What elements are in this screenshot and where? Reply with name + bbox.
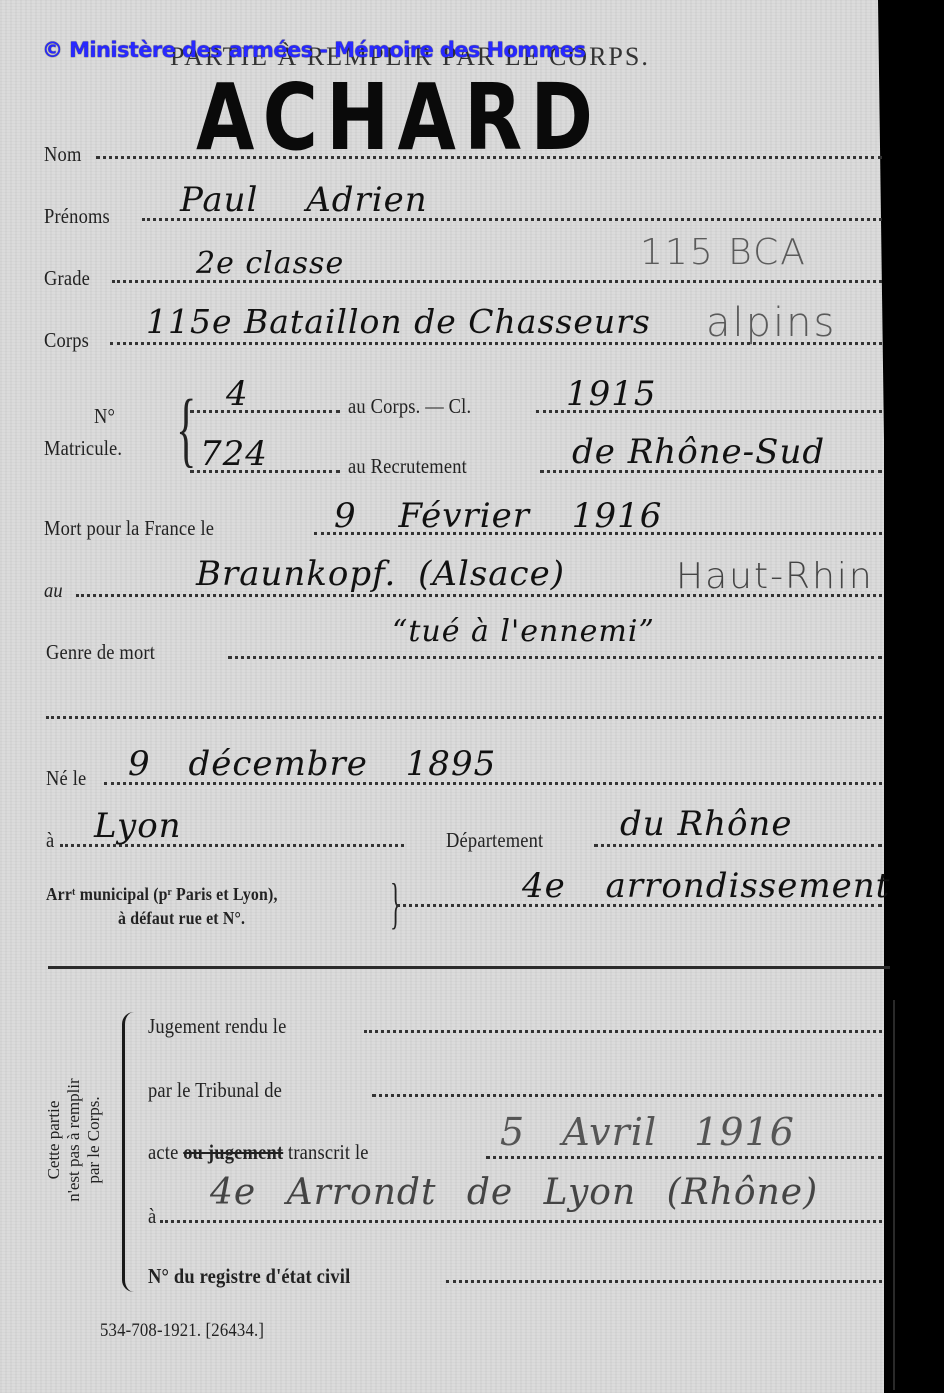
arrondissement-value: 4e arrondissement (522, 866, 890, 906)
lieu-mort-value: Braunkopf. (Alsace) (196, 554, 565, 594)
prenoms-value: Paul Adrien (180, 180, 428, 220)
naissance-label: Né le (46, 766, 86, 791)
transcrit-lieu-line (160, 1220, 882, 1223)
genre-mort-value: “tué à l'ennemi” (392, 614, 655, 649)
matricule-label-no: N° (94, 404, 115, 429)
lieu-naissance-value: Lyon (94, 806, 182, 846)
tribunal-line (372, 1094, 882, 1097)
copyright-watermark: © Ministère des armées - Mémoire des Hom… (42, 38, 585, 62)
registre-label: N° du registre d'état civil (148, 1264, 350, 1289)
side-note-line-3: par le Corps. (84, 1040, 104, 1240)
mort-label: Mort pour la France le (44, 516, 214, 541)
recrutement-place-value: de Rhône-Sud (572, 432, 825, 472)
prenoms-label: Prénoms (44, 204, 110, 229)
genre-mort-label: Genre de mort (46, 640, 155, 665)
jugement-line (364, 1030, 882, 1033)
grade-label: Grade (44, 266, 90, 291)
card-edge (893, 1000, 895, 1390)
transcrit-label-acte: acte (148, 1140, 178, 1164)
section-brace (122, 1012, 137, 1292)
transcrit-lieu-value: 4e Arrondt de Lyon (Rhône) (210, 1172, 818, 1213)
matricule-label: Matricule. (44, 436, 122, 461)
lieu-mort-label: au (44, 578, 63, 603)
genre-mort-line (228, 656, 882, 659)
mort-value: 9 Février 1916 (334, 496, 662, 536)
transcrit-line (486, 1156, 882, 1159)
genre-mort-line-2 (46, 716, 882, 719)
footer-code: 534-708-1921. [26434.] (100, 1320, 264, 1342)
side-note-line-2: n'est pas à remplir (64, 1040, 84, 1240)
registre-line (446, 1280, 882, 1283)
corps-annotation: alpins (706, 300, 836, 346)
side-note-line-1: Cette partie (44, 1040, 64, 1240)
nom-label: Nom (44, 142, 81, 167)
transcrit-label: acte ou jugement transcrit le (148, 1140, 369, 1165)
transcrit-label-rest: transcrit le (288, 1140, 369, 1164)
au-corps-line (190, 410, 340, 413)
nom-value: ACHARD (196, 64, 601, 171)
recrutement-label: au Recrutement (348, 454, 467, 479)
corps-value: 115e Bataillon de Chasseurs (146, 302, 651, 341)
grade-value: 2e classe (196, 246, 344, 281)
corps-label: Corps (44, 328, 89, 353)
transcrit-value: 5 Avril 1916 (500, 1110, 795, 1154)
arrondissement-label-2: à défaut rue et N°. (118, 908, 245, 929)
jugement-label: Jugement rendu le (148, 1014, 286, 1039)
transcrit-label-struck: ou jugement (183, 1140, 283, 1164)
departement-value: du Rhône (620, 804, 792, 844)
naissance-value: 9 décembre 1895 (128, 744, 496, 784)
departement-label: Département (446, 828, 543, 853)
lieu-mort-annotation: Haut-Rhin (676, 556, 874, 597)
side-note: Cette partie n'est pas à remplir par le … (44, 1040, 104, 1240)
lieu-naissance-label: à (46, 828, 54, 853)
section-divider (48, 966, 890, 969)
au-corps-value: 4 (226, 374, 249, 414)
tribunal-label: par le Tribunal de (148, 1078, 282, 1103)
transcrit-lieu-label: à (148, 1204, 156, 1229)
matricule-brace: { (176, 388, 196, 472)
grade-annotation: 115 BCA (640, 232, 807, 273)
recrutement-number-value: 724 (200, 434, 268, 474)
departement-line (594, 844, 882, 847)
au-corps-label: au Corps. — Cl. (348, 394, 471, 419)
classe-value: 1915 (566, 374, 657, 414)
arrondissement-label-1: Arrᵗ municipal (pʳ Paris et Lyon), (46, 884, 278, 905)
